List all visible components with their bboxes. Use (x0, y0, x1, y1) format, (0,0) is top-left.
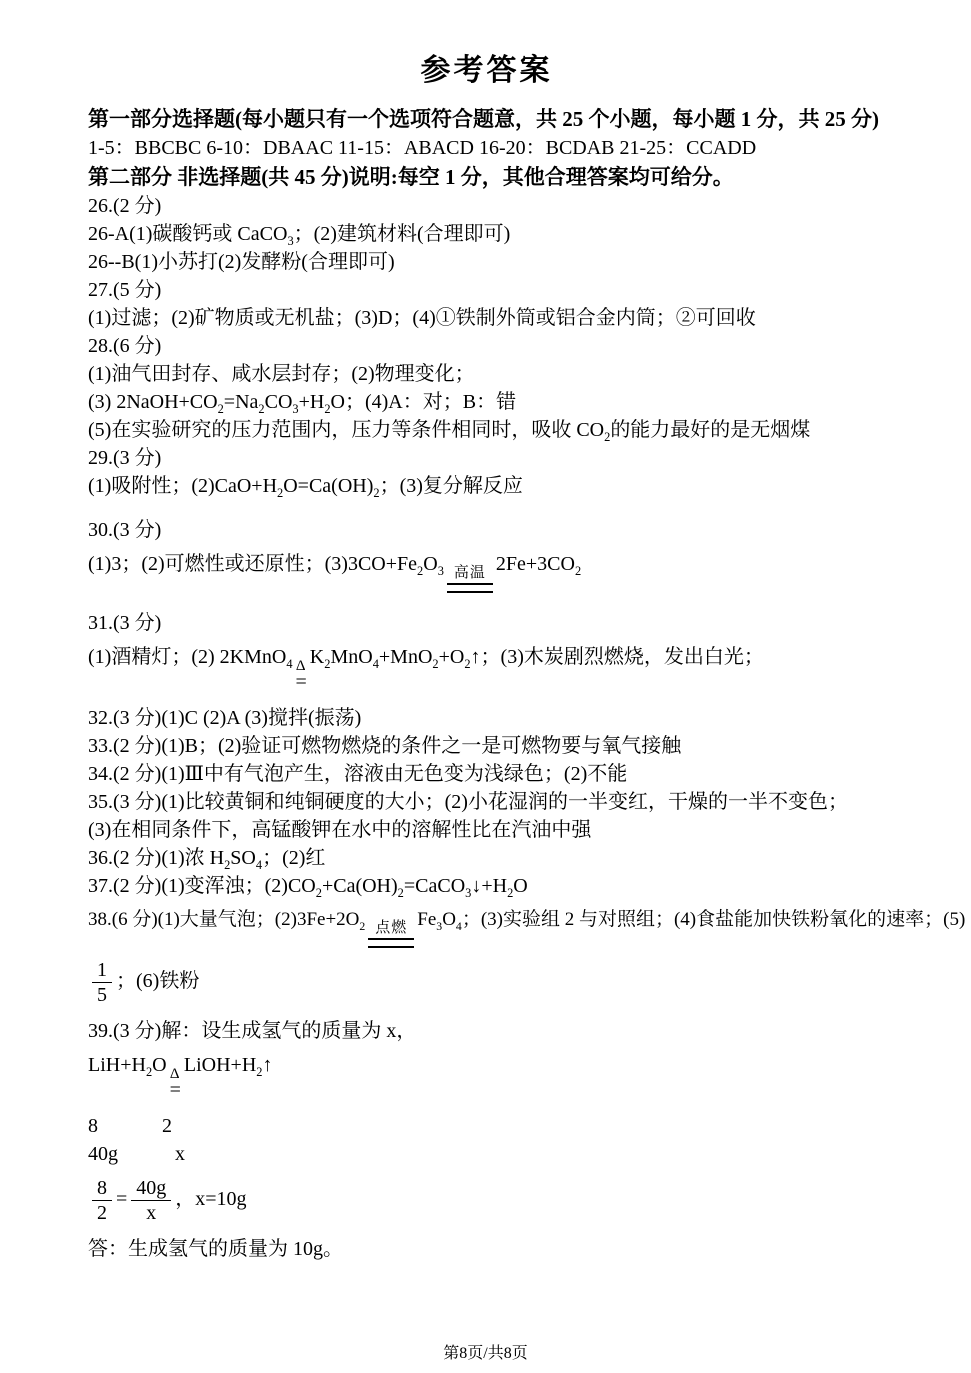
q28-score: 28.(6 分) (88, 332, 885, 360)
text-run: = (116, 1188, 127, 1210)
text-run: 38.(6 分)(1)大量气泡；(2)3Fe+2O (88, 909, 359, 930)
q28-answer-1-2: (1)油气田封存、咸水层封存；(2)物理变化； (88, 360, 885, 388)
q38-answer: 38.(6 分)(1)大量气泡；(2)3Fe+2O2点燃Fe3O4；(3)实验组… (88, 906, 885, 948)
fraction-denominator: 2 (92, 1201, 112, 1225)
text-run: 28.(6 分) (88, 335, 161, 357)
subscript: 2 (575, 564, 581, 578)
text-run: 29.(3 分) (88, 447, 161, 469)
q27-score: 27.(5 分) (88, 276, 885, 304)
text-run: 39.(3 分)解：设生成氢气的质量为 x， (88, 1020, 416, 1042)
text-run: 33.(2 分)(1)B；(2)验证可燃物燃烧的条件之一是可燃物要与氧气接触 (88, 735, 681, 757)
text-run: x (175, 1143, 185, 1165)
text-run: 36.(2 分)(1)浓 H (88, 847, 224, 869)
text-run: =Na (224, 391, 259, 413)
equals-bar: = (170, 1084, 181, 1096)
q29-score: 29.(3 分) (88, 444, 885, 472)
fraction-denominator: 5 (92, 983, 112, 1007)
q39-mass-values: 40gx (88, 1140, 885, 1168)
q32-answer: 32.(3 分)(1)C (2)A (3)搅拌(振荡) (88, 704, 885, 732)
text-run: 32.(3 分)(1)C (2)A (3)搅拌(振荡) (88, 707, 361, 729)
text-run: ↑；(3)木炭剧烈燃烧，发出白光； (471, 646, 764, 668)
q31-score: 31.(3 分) (88, 609, 885, 637)
q28-answer-3-4: (3) 2NaOH+CO2=Na2CO3+H2O；(4)A：对；B：错 (88, 388, 885, 416)
answer-lines: 第一部分选择题(每小题只有一个选项符合题意，共 25 个小题，每小题 1 分，共… (88, 104, 885, 1263)
text-run: 31.(3 分) (88, 612, 161, 634)
text-run: O=Ca(OH) (283, 475, 373, 497)
q35-answer-1-2: 35.(3 分)(1)比较黄铜和纯铜硬度的大小；(2)小花湿润的一半变红，干燥的… (88, 788, 885, 816)
q28-answer-5: (5)在实验研究的压力范围内，压力等条件相同时，吸收 CO2的能力最好的是无烟煤 (88, 416, 885, 444)
text-run: 30.(3 分) (88, 519, 161, 541)
q39-solution: 39.(3 分)解：设生成氢气的质量为 x， (88, 1017, 885, 1045)
text-run: (5)在实验研究的压力范围内，压力等条件相同时，吸收 CO (88, 419, 604, 441)
text-run: +H (299, 391, 325, 413)
subscript: 3 (438, 564, 444, 578)
text-run: 第二部分 非选择题(共 45 分)说明:每空 1 分，其他合理答案均可给分。 (88, 165, 734, 189)
q34-answer: 34.(2 分)(1)Ⅲ中有气泡产生，溶液由无色变为浅绿色；(2)不能 (88, 760, 885, 788)
page-footer: 第8页/共8页 (0, 1340, 971, 1363)
equals-bar: = (296, 676, 307, 688)
text-run: (1)3；(2)可燃性或还原性；(3)3CO+Fe (88, 553, 417, 575)
text-run: 8 (88, 1115, 98, 1137)
choice-answers: 1-5：BBCBC 6-10：DBAAC 11-15：ABACD 16-20：B… (88, 134, 885, 162)
page-title: 参考答案 (88, 54, 885, 88)
fraction: 15 (92, 958, 112, 1007)
fraction-numerator: 1 (92, 958, 112, 983)
text-run: 34.(2 分)(1)Ⅲ中有气泡产生，溶液由无色变为浅绿色；(2)不能 (88, 763, 627, 785)
text-run: SO (230, 847, 256, 869)
text-run: 答：生成氢气的质量为 10g。 (88, 1238, 343, 1260)
text-run: (3) 2NaOH+CO (88, 391, 218, 413)
q29-answer: (1)吸附性；(2)CaO+H2O=Ca(OH)2；(3)复分解反应 (88, 472, 885, 500)
text-run: 第一部分选择题(每小题只有一个选项符合题意，共 25 个小题，每小题 1 分，共… (88, 107, 879, 131)
condition-label: 高温 (454, 566, 486, 581)
equals-bar (447, 583, 493, 593)
subscript: 4 (286, 657, 292, 671)
q26-score: 26.(2 分) (88, 192, 885, 220)
q35-answer-3: (3)在相同条件下，高锰酸钾在水中的溶解性比在汽油中强 (88, 816, 885, 844)
reaction-condition-equals: 高温 (447, 566, 493, 593)
text-run: (1)过滤；(2)矿物质或无机盐；(3)D；(4)①铁制外筒或铝合金内筒；②可回… (88, 307, 756, 329)
fraction-denominator: x (141, 1201, 161, 1225)
q30-score: 30.(3 分) (88, 516, 885, 544)
text-run: (1)酒精灯；(2) 2KMnO (88, 646, 286, 668)
q39-equation: LiH+H2OΔ=LiOH+H2↑ (88, 1051, 885, 1096)
text-run: LiH+H (88, 1054, 146, 1076)
q38-answer-5-6: 15；(6)铁粉 (88, 958, 885, 1007)
text-run: Fe (417, 909, 436, 930)
q33-answer: 33.(2 分)(1)B；(2)验证可燃物燃烧的条件之一是可燃物要与氧气接触 (88, 732, 885, 760)
text-run: (3)在相同条件下，高锰酸钾在水中的溶解性比在汽油中强 (88, 819, 591, 841)
q26b-answer: 26--B(1)小苏打(2)发酵粉(合理即可) (88, 248, 885, 276)
text-run: 35.(3 分)(1)比较黄铜和纯铜硬度的大小；(2)小花湿润的一半变红，干燥的… (88, 791, 848, 813)
text-run: ↑ (262, 1054, 272, 1076)
text-run: ；(3)实验组 2 与对照组；(4)食盐能加快铁粉氧化的速率；(5) (462, 909, 965, 930)
reaction-condition-equals: Δ= (170, 1067, 181, 1096)
q37-answer: 37.(2 分)(1)变浑浊；(2)CO2+Ca(OH)2=CaCO3↓+H2O (88, 872, 885, 900)
fraction: 40gx (131, 1176, 171, 1225)
text-run: 1-5：BBCBC 6-10：DBAAC 11-15：ABACD 16-20：B… (88, 137, 756, 159)
q26a-answer: 26-A(1)碳酸钙或 CaCO3；(2)建筑材料(合理即可) (88, 220, 885, 248)
fraction: 82 (92, 1176, 112, 1225)
fraction-numerator: 8 (92, 1176, 112, 1201)
reaction-condition-equals: Δ= (296, 659, 307, 688)
text-run: (1)吸附性；(2)CaO+H (88, 475, 277, 497)
text-run: O (442, 909, 456, 930)
text-run: +MnO (379, 646, 433, 668)
q39-proportion: 82=40gx，x=10g (88, 1176, 885, 1225)
text-run: O (423, 553, 437, 575)
reaction-condition-equals: 点燃 (368, 921, 414, 948)
text-run: 27.(5 分) (88, 279, 161, 301)
text-run: 2Fe+3CO (496, 553, 575, 575)
q39-conclusion: 答：生成氢气的质量为 10g。 (88, 1235, 885, 1263)
answer-sheet: 参考答案 第一部分选择题(每小题只有一个选项符合题意，共 25 个小题，每小题 … (0, 0, 971, 1263)
part1-header: 第一部分选择题(每小题只有一个选项符合题意，共 25 个小题，每小题 1 分，共… (88, 104, 885, 134)
text-run: ；(2)建筑材料(合理即可) (294, 223, 511, 245)
text-run: ；(2)红 (262, 847, 325, 869)
q27-answer: (1)过滤；(2)矿物质或无机盐；(3)D；(4)①铁制外筒或铝合金内筒；②可回… (88, 304, 885, 332)
text-run: 的能力最好的是无烟煤 (610, 419, 810, 441)
equals-bar (368, 938, 414, 948)
text-run: ↓+H (471, 875, 507, 897)
condition-label: 点燃 (375, 921, 407, 936)
text-run: =CaCO (404, 875, 465, 897)
q39-molar-ratio: 82 (88, 1112, 885, 1140)
part2-header: 第二部分 非选择题(共 45 分)说明:每空 1 分，其他合理答案均可给分。 (88, 162, 885, 192)
text-run: 26-A(1)碳酸钙或 CaCO (88, 223, 287, 245)
text-run: O (513, 875, 527, 897)
text-run: CO (265, 391, 293, 413)
text-run: +Ca(OH) (322, 875, 398, 897)
q31-answer: (1)酒精灯；(2) 2KMnO4Δ=K2MnO4+MnO2+O2↑；(3)木炭… (88, 643, 885, 688)
text-run: (1)油气田封存、咸水层封存；(2)物理变化； (88, 363, 475, 385)
fraction-numerator: 40g (131, 1176, 171, 1201)
text-run: ；(6)铁粉 (116, 970, 199, 992)
text-run: 40g (88, 1143, 118, 1165)
text-run: +O (439, 646, 465, 668)
text-run: 37.(2 分)(1)变浑浊；(2)CO (88, 875, 316, 897)
subscript: 2 (359, 920, 365, 933)
text-run: ；(3)复分解反应 (380, 475, 523, 497)
text-run: MnO (330, 646, 372, 668)
text-run: 2 (162, 1115, 172, 1137)
text-run: O (152, 1054, 166, 1076)
q36-answer: 36.(2 分)(1)浓 H2SO4；(2)红 (88, 844, 885, 872)
text-run: 26.(2 分) (88, 195, 161, 217)
text-run: LiOH+H (184, 1054, 256, 1076)
text-run: K (310, 646, 324, 668)
q30-answer: (1)3；(2)可燃性或还原性；(3)3CO+Fe2O3高温2Fe+3CO2 (88, 550, 885, 593)
text-run: O；(4)A：对；B：错 (331, 391, 517, 413)
text-run: 26--B(1)小苏打(2)发酵粉(合理即可) (88, 251, 395, 273)
text-run: ，x=10g (175, 1188, 246, 1210)
